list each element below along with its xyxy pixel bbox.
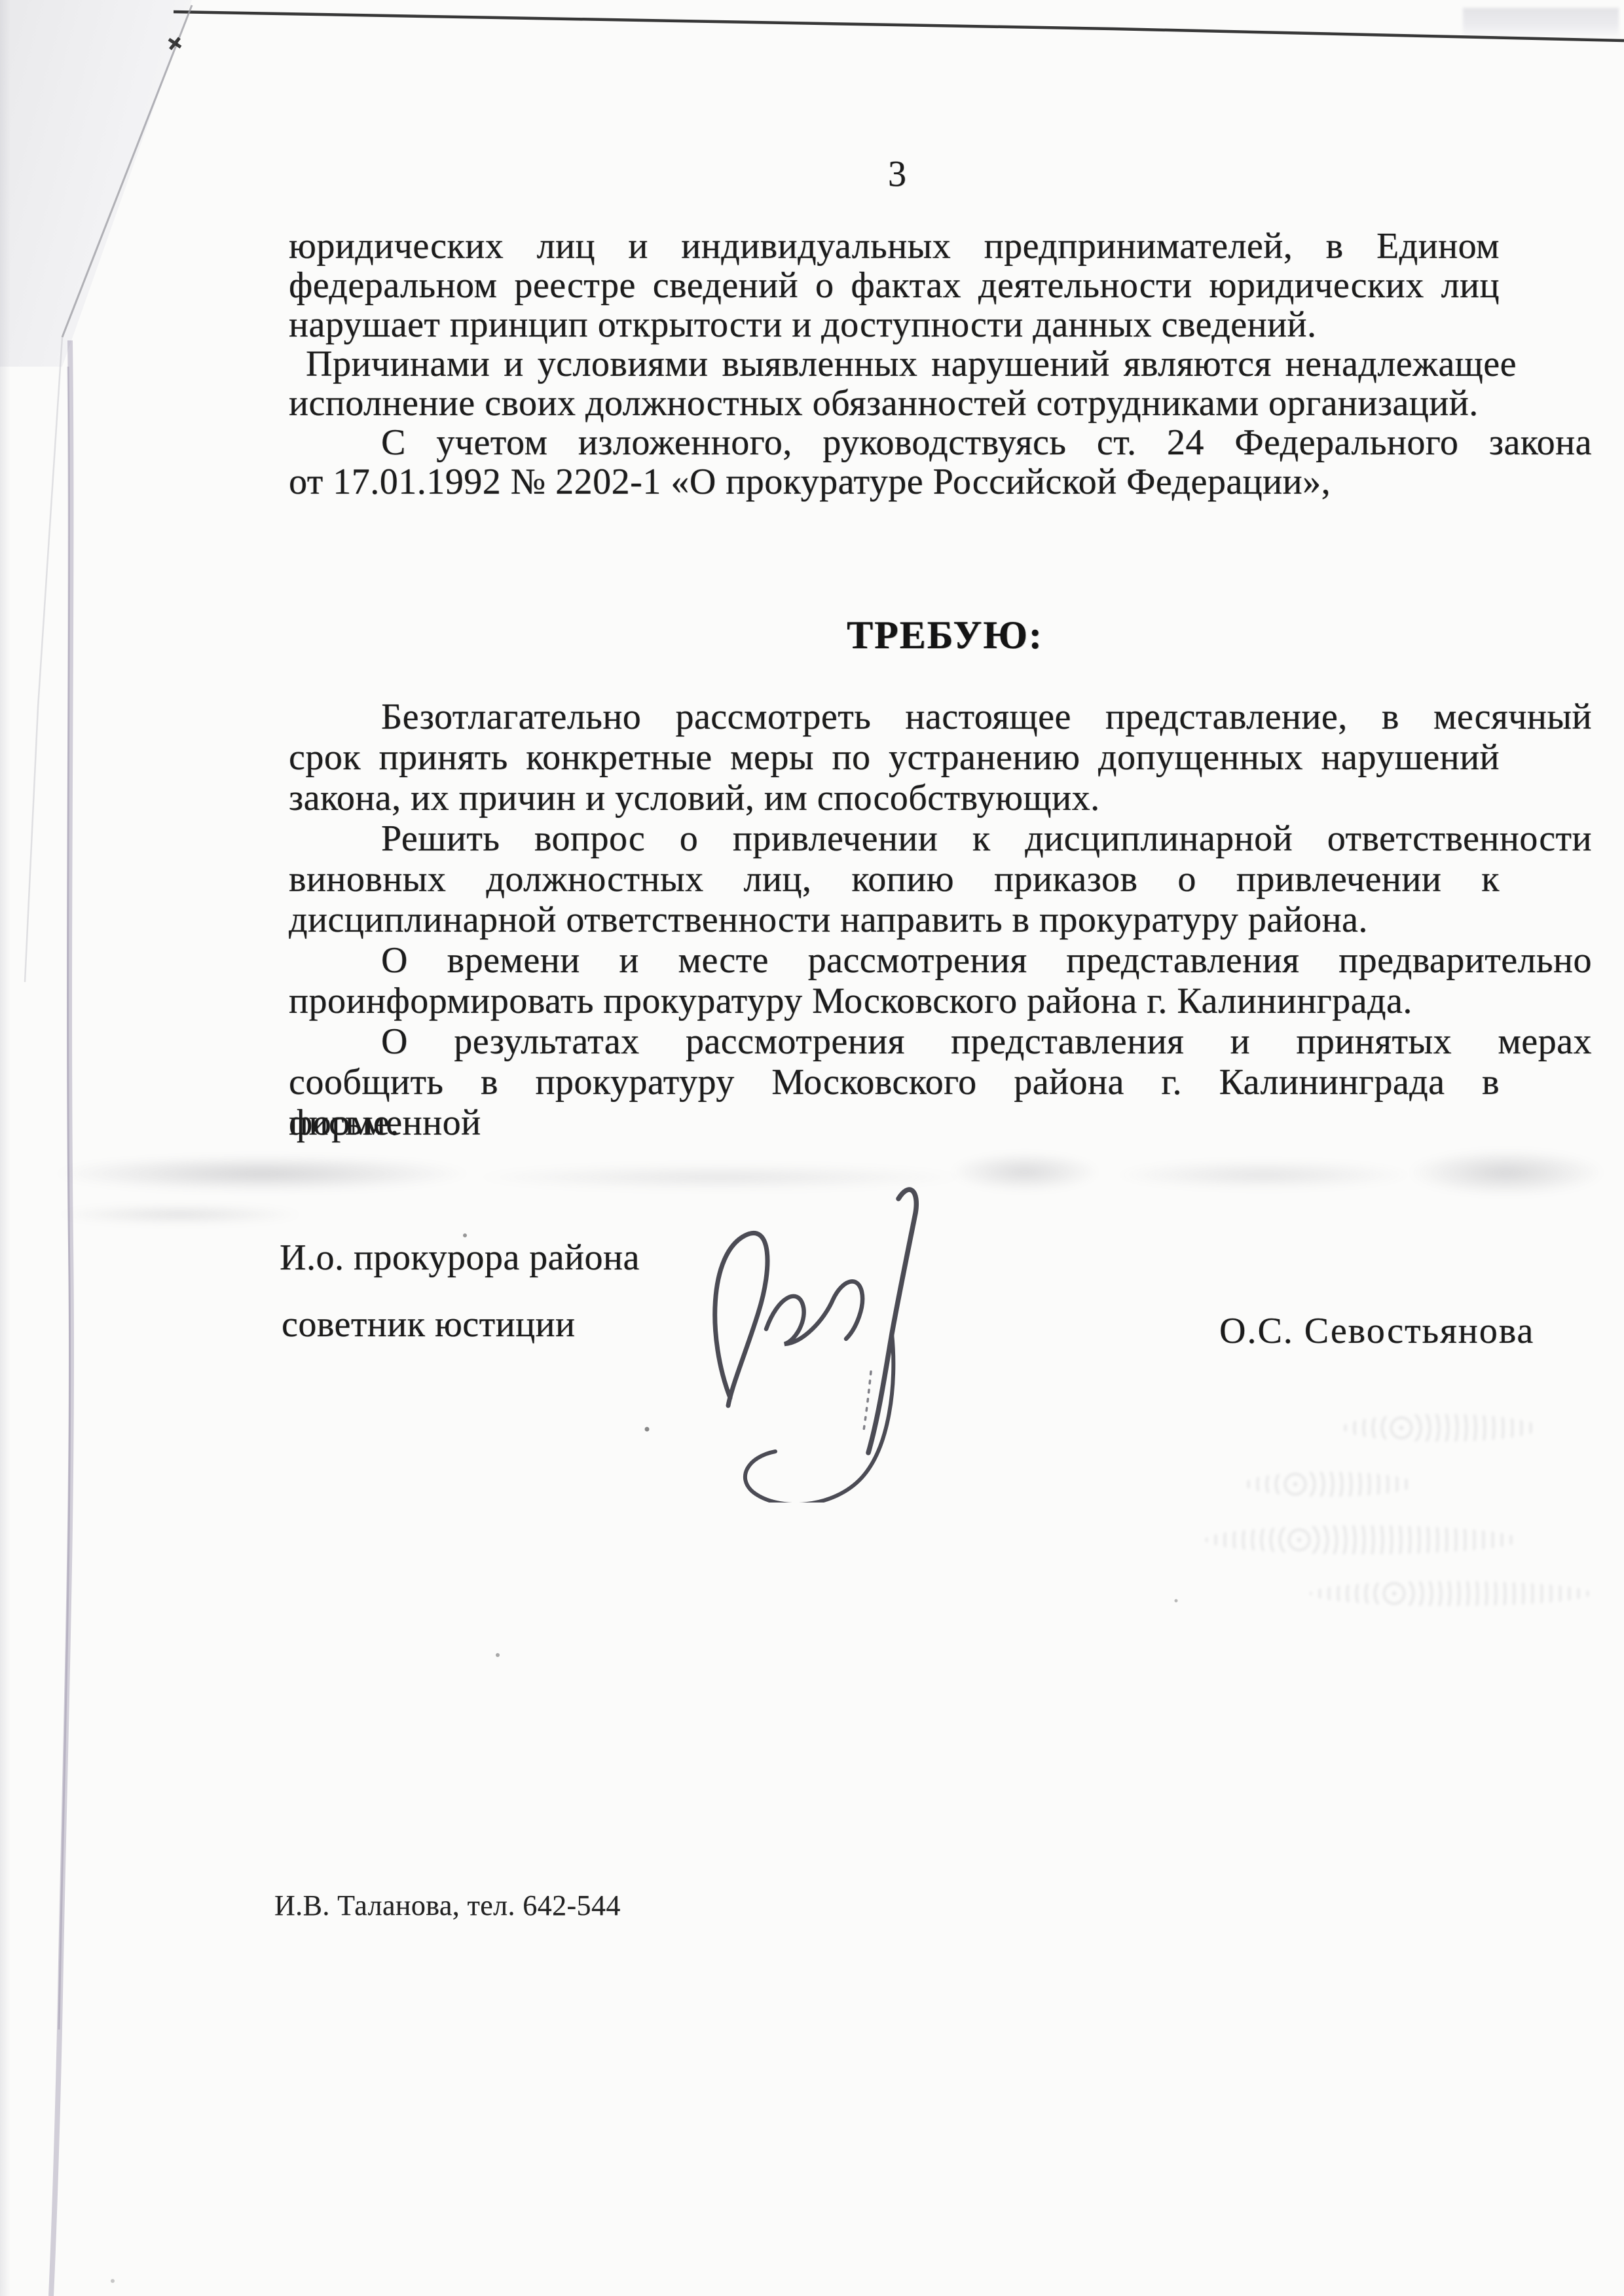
executor-note: И.В. Таланова, тел. 642-544 [274, 1889, 621, 1922]
scan-smudge-band [52, 1156, 471, 1192]
scan-smudge-band [950, 1152, 1100, 1192]
body-line: Решить вопрос о привлечении к дисциплина… [289, 818, 1592, 859]
ink-bleedthrough [1205, 1525, 1519, 1554]
body-line: нарушает принцип открытости и доступност… [289, 305, 1500, 344]
scan-dot [111, 2279, 115, 2283]
body-line: Безотлагательно рассмотреть настоящее пр… [289, 697, 1592, 737]
scan-top-right-shadow [1463, 8, 1619, 38]
signer-name: О.С. Севостьянова [1219, 1311, 1534, 1351]
scan-smudge-band [1408, 1150, 1604, 1195]
ink-bleedthrough [1342, 1414, 1539, 1442]
body-line: виновных должностных лиц, копию приказов… [289, 859, 1500, 900]
body-line: форме. [289, 1102, 1500, 1143]
scan-smudge-band [471, 1164, 969, 1190]
body-line: О результатах рассмотрения представления… [289, 1021, 1592, 1062]
body-line: от 17.01.1992 № 2202-1 «О прокуратуре Ро… [289, 462, 1500, 501]
section-heading: ТРЕБУЮ: [843, 613, 1046, 658]
scan-left-streak [51, 340, 71, 2296]
signoff-rank: советник юстиции [282, 1305, 575, 1344]
body-line: С учетом изложенного, руководствуясь ст.… [289, 423, 1592, 462]
ink-bleedthrough [1310, 1581, 1591, 1606]
scan-dot [496, 1653, 500, 1657]
scan-smudge-band [1113, 1160, 1414, 1190]
scanned-document-page: 3 юридических лиц и индивидуальных предп… [0, 0, 1624, 2296]
scan-left-edge-shadow [0, 0, 10, 2296]
scan-dot [645, 1427, 650, 1432]
body-paragraphs-top: юридических лиц и индивидуальных предпри… [289, 227, 1500, 501]
scan-crease-line-lower [25, 337, 62, 982]
body-line: Причинами и условиями выявленных нарушен… [289, 344, 1517, 384]
body-line: дисциплинарной ответственности направить… [289, 900, 1500, 940]
ink-bleedthrough [1244, 1472, 1414, 1497]
body-line: закона, их причин и условий, им способст… [289, 778, 1500, 818]
body-paragraphs-demands: Безотлагательно рассмотреть настоящее пр… [289, 697, 1500, 1143]
body-line: федеральном реестре сведений о фактах де… [289, 266, 1500, 305]
body-line: сообщить в прокуратуру Московского район… [289, 1062, 1500, 1102]
scan-corner-fold [0, 0, 203, 367]
body-line: О времени и месте рассмотрения представл… [289, 940, 1592, 981]
scan-smudge-band [56, 1205, 304, 1224]
page-number: 3 [888, 155, 907, 194]
body-line: юридических лиц и индивидуальных предпри… [289, 227, 1500, 266]
body-line: проинформировать прокуратуру Московского… [289, 981, 1500, 1021]
body-line: исполнение своих должностных обязанносте… [289, 384, 1500, 423]
scan-left-streak-thin [59, 367, 70, 2030]
handwritten-signature [668, 1175, 976, 1503]
body-line: срок принять конкретные меры по устранен… [289, 737, 1500, 778]
scan-dot [1175, 1599, 1178, 1603]
signoff-position: И.о. прокурора района [280, 1238, 640, 1277]
scan-top-edge-line [174, 12, 1624, 41]
